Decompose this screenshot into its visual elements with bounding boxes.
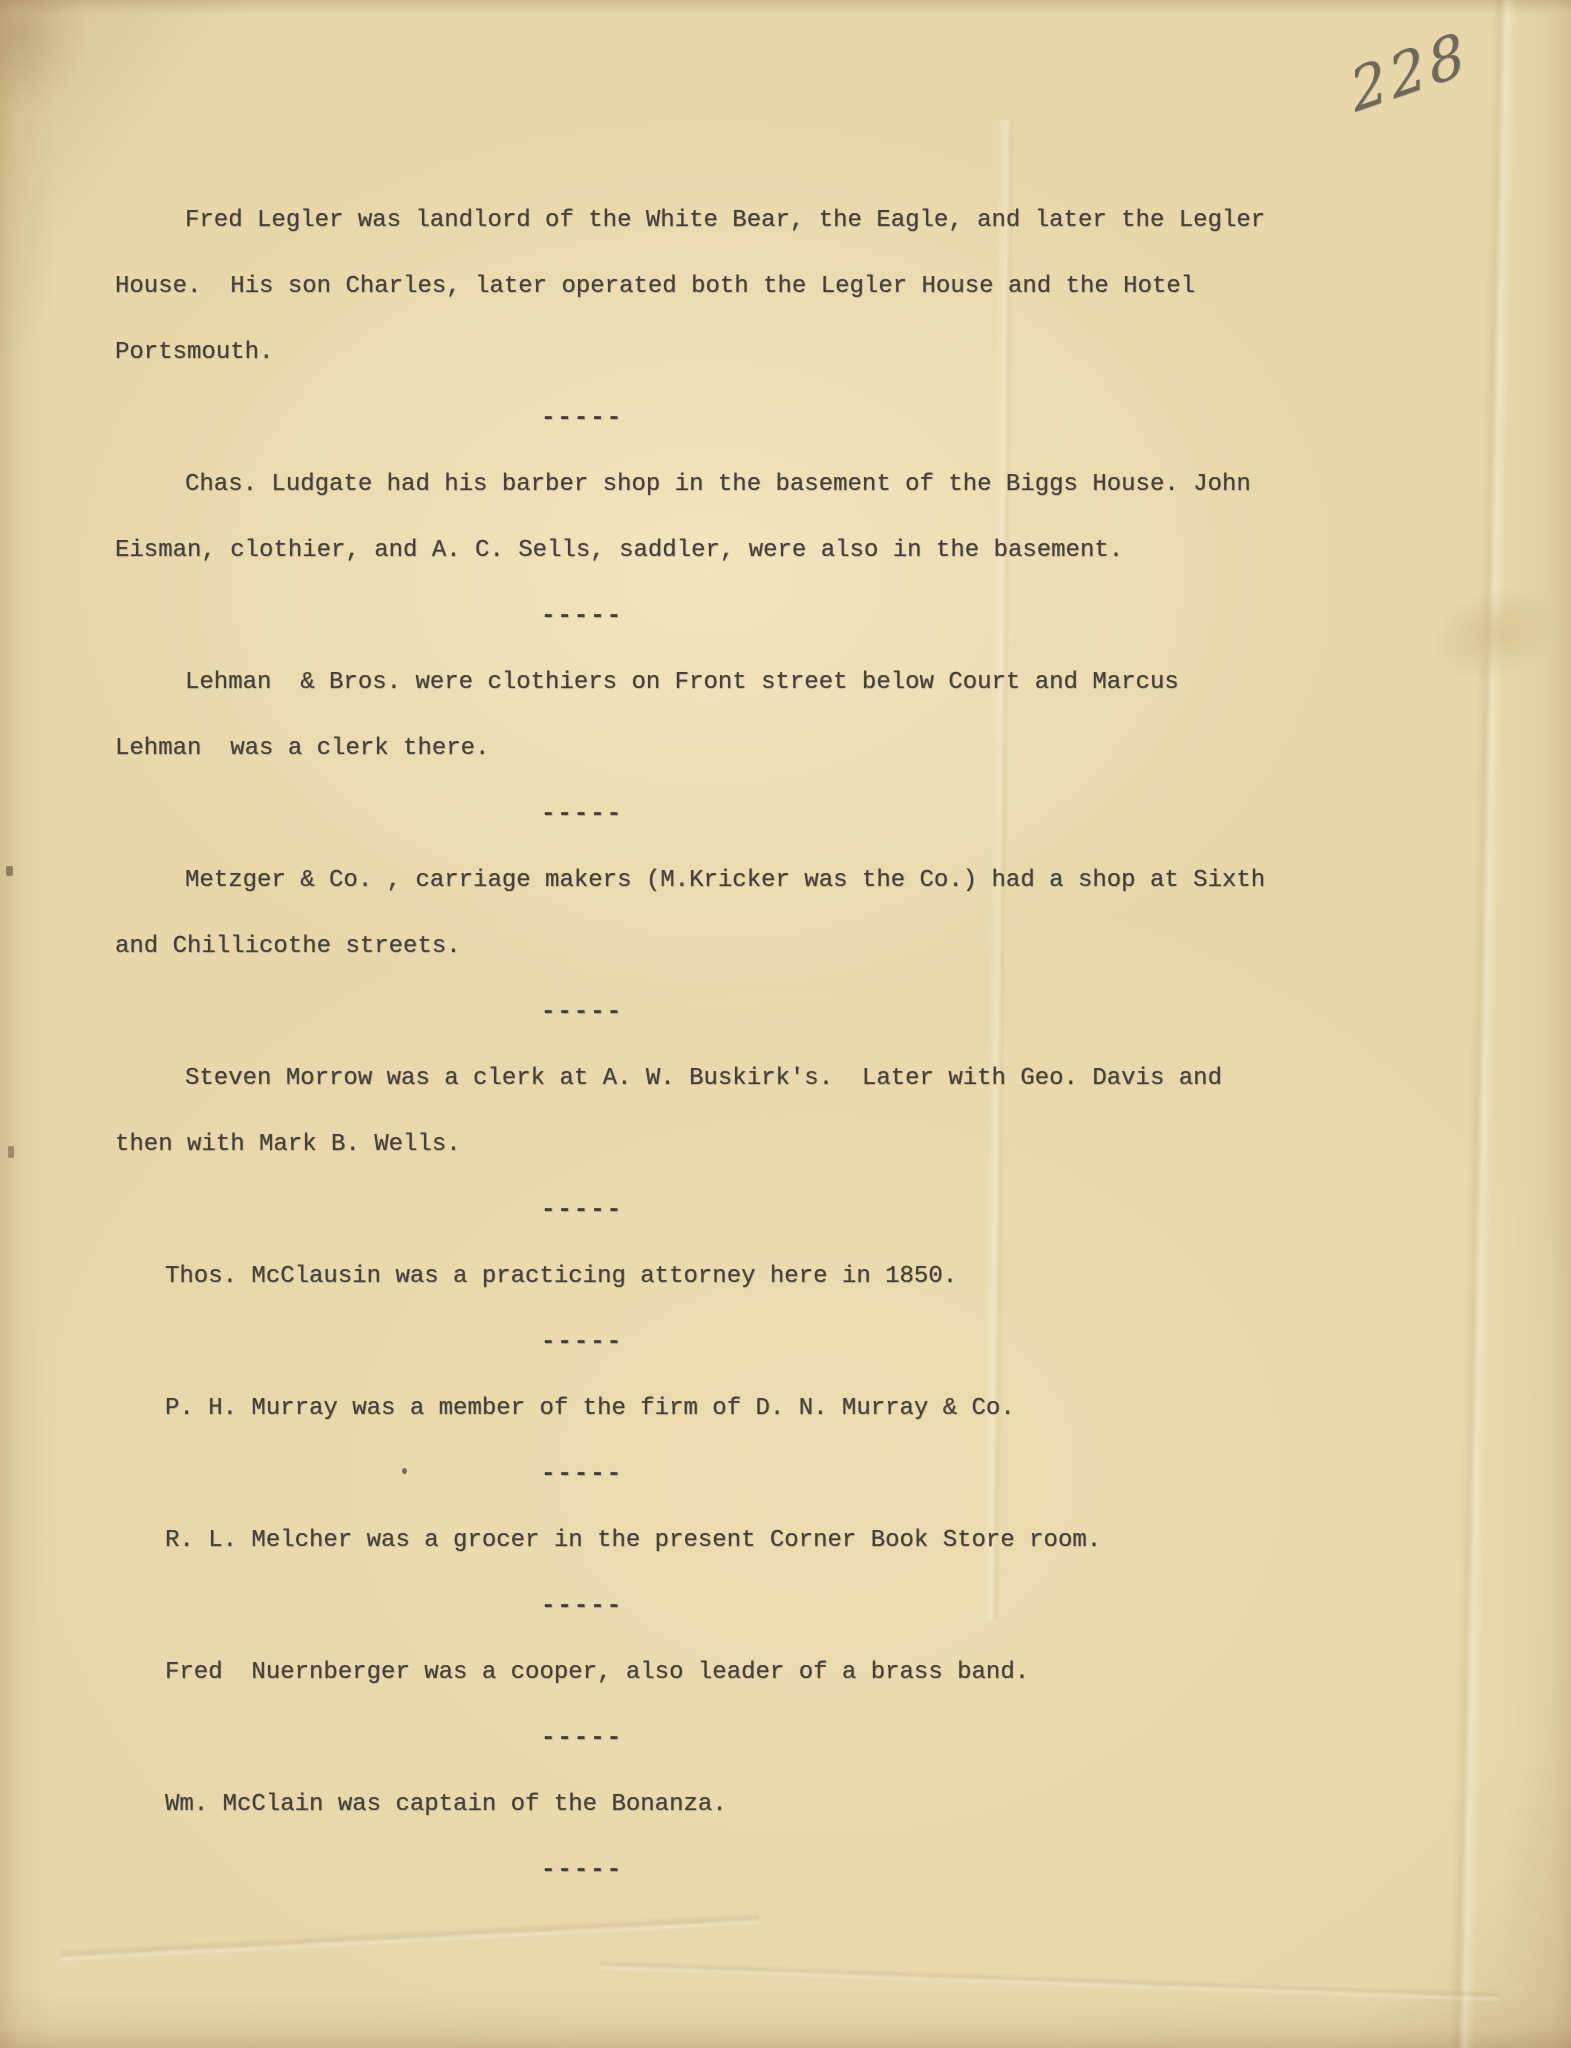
typed-line: Fred Nuernberger was a cooper, also lead…: [115, 1640, 1521, 1706]
typed-line: P. H. Murray was a member of the firm of…: [115, 1376, 1521, 1442]
typed-line: Chas. Ludgate had his barber shop in the…: [115, 452, 1521, 518]
typed-line: Lehman was a clerk there.: [115, 716, 1521, 782]
handwritten-page-number: 228: [1345, 18, 1474, 125]
paragraph-separator: -----: [115, 1574, 1521, 1640]
paragraph-separator: -----: [115, 1310, 1521, 1376]
typed-line: Steven Morrow was a clerk at A. W. Buski…: [115, 1046, 1521, 1112]
paragraph-separator: -----: [115, 1706, 1521, 1772]
typed-line: Thos. McClausin was a practicing attorne…: [115, 1244, 1521, 1310]
typed-line: Fred Legler was landlord of the White Be…: [115, 188, 1521, 254]
typed-line: Wm. McClain was captain of the Bonanza.: [115, 1772, 1521, 1838]
typed-line: House. His son Charles, later operated b…: [115, 254, 1521, 320]
text-column: Fred Legler was landlord of the White Be…: [115, 188, 1521, 1904]
paper-crease: [0, 0, 140, 170]
paragraph-separator: -----: [115, 1442, 1521, 1508]
paper-edge-speck: [6, 866, 13, 876]
document-page: { "page": { "handwritten_page_number": "…: [0, 0, 1571, 2048]
paragraph-separator: -----: [115, 1178, 1521, 1244]
paragraph-separator: -----: [115, 1838, 1521, 1904]
typed-line: R. L. Melcher was a grocer in the presen…: [115, 1508, 1521, 1574]
typed-line: Eisman, clothier, and A. C. Sells, saddl…: [115, 518, 1521, 584]
paper-edge-speck: [8, 1146, 14, 1158]
paragraph-separator: -----: [115, 584, 1521, 650]
paragraph-separator: -----: [115, 782, 1521, 848]
paper-crease: [60, 1912, 760, 1963]
typed-line: then with Mark B. Wells.: [115, 1112, 1521, 1178]
typed-line: and Chillicothe streets.: [115, 914, 1521, 980]
typed-line: Metzger & Co. , carriage makers (M.Krick…: [115, 848, 1521, 914]
typed-line: Lehman & Bros. were clothiers on Front s…: [115, 650, 1521, 716]
typed-line: Portsmouth.: [115, 320, 1521, 386]
paragraph-separator: -----: [115, 980, 1521, 1046]
paper-crease: [600, 1959, 1500, 2002]
paragraph-separator: -----: [115, 386, 1521, 452]
